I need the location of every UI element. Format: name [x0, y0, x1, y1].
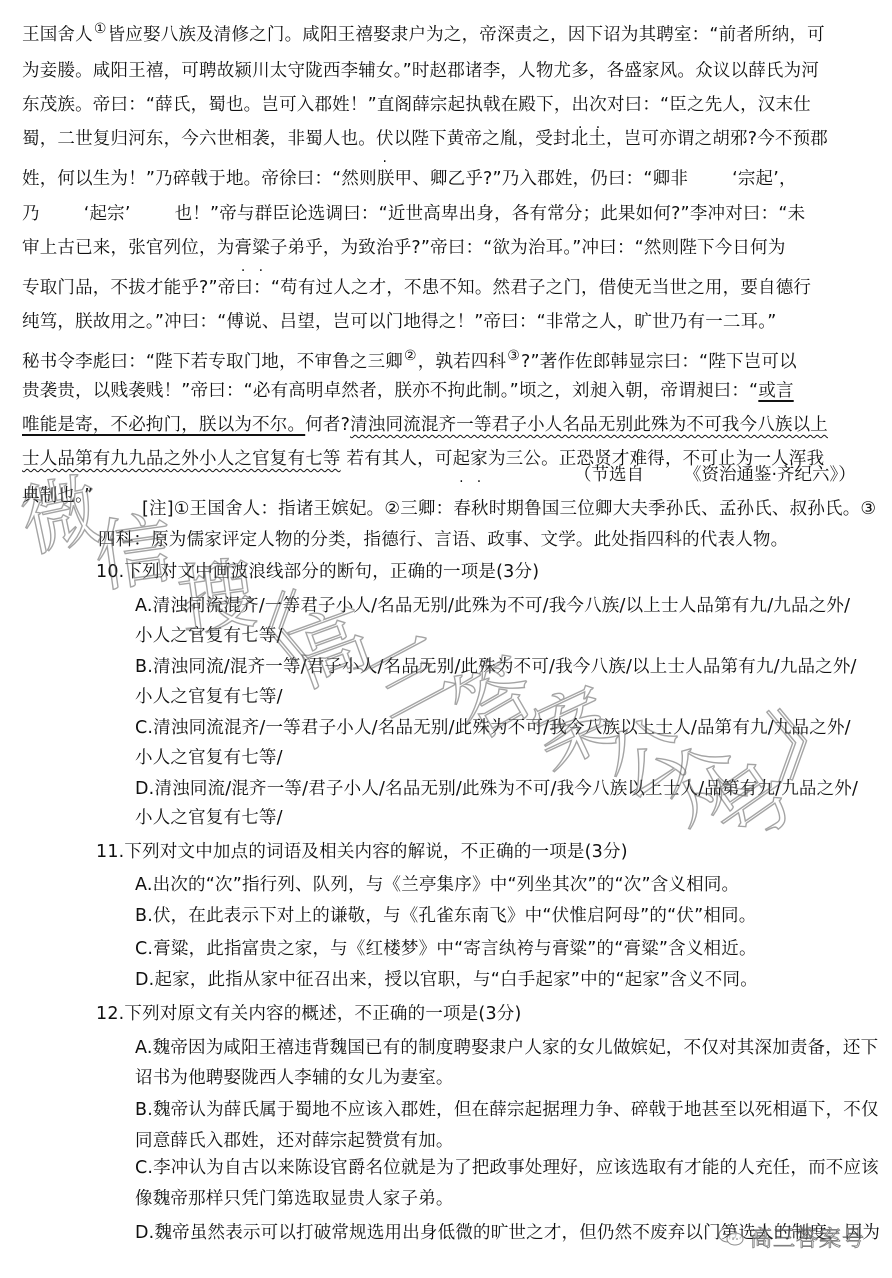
watermark-logo: 高三答案号 — [718, 1222, 865, 1252]
passage-line: 乃‘起宗’也！”帝与群臣论选调曰：“近世高卑出身，各有常分；此果如何?”李冲对曰… — [22, 202, 805, 226]
q11-option-c[interactable]: C.膏粱，此指富贵之家，与《红楼梦》中“寄言纨袴与膏粱”的“膏粱”含义相近。 — [135, 937, 757, 961]
q11-option-d[interactable]: D.起家，此指从家中征召出来，授以官职，与“白手起家”中的“起家”含义不同。 — [135, 968, 758, 992]
q11-option-b[interactable]: B.伏，在此表示下对上的谦敬，与《孔雀东南飞》中“伏惟启阿母”的“伏”相同。 — [135, 904, 756, 928]
source-prefix: （节选自 — [574, 465, 644, 485]
passage-text: 为妾媵。咸阳王禧，可聘故颍川太守陇西李辅女。”时赵郡诸李，人物尤多，各盛家风。众… — [22, 61, 819, 81]
watermark-char: 信 — [90, 510, 178, 598]
q12-option-b-line-1[interactable]: B.魏帝认为薛氏属于蜀地不应该入郡姓，但在薛宗起据理力争、碎戟于地甚至以死相逼下… — [135, 1098, 879, 1122]
underlined-text: 或言 — [758, 381, 793, 401]
dotted-char: 伏 — [376, 129, 394, 149]
question-12-title: 12.下列对原文有关内容的概述，不正确的一项是(3分) — [96, 1002, 522, 1026]
dotted-char: 膏 — [234, 238, 252, 258]
passage-text: 贵袭贵，以贱袭贱！”帝曰：“必有高明卓然者，朕亦不拘此制。”顷之，刘昶入朝，帝谓… — [22, 381, 758, 401]
dotted-char: 粱 — [252, 238, 270, 258]
annotation-note-line-1: [注]①王国舍人：指诸王嫔妃。②三卿：春秋时期鲁国三位卿大夫季孙氏、孟孙氏、叔孙… — [142, 497, 876, 521]
q10-option-d-line-2: 小人之官复有七等/ — [135, 806, 283, 830]
passage-text: 典制也。” — [22, 486, 93, 506]
passage-text: 皆应娶八族及清修之门。咸阳王禧娶隶户为之，帝深责之，因下诏为其聘室：“前者所纳，… — [108, 25, 825, 45]
passage-line: 王国舍人①皆应娶八族及清修之门。咸阳王禧娶隶户为之，帝深责之，因下诏为其聘室：“… — [22, 17, 825, 47]
underlined-text: 唯能是寄，不必拘门，朕以为不尔。 — [22, 415, 305, 435]
wechat-icon — [718, 1226, 744, 1248]
q12-option-c-line-2: 像魏帝那样只凭门第选取显贵人家子弟。 — [135, 1187, 454, 1211]
passage-text: 乃 — [22, 204, 40, 224]
q12-option-a-line-2: 诏书为他聘娶陇西人李辅的女儿为妻室。 — [135, 1066, 454, 1090]
dotted-char: 次 — [589, 95, 607, 115]
footnote-marker: ① — [94, 21, 107, 37]
wavy-underlined-text: 清浊同流混齐一等君子小人名品无别此殊为不可我今八族以上 — [350, 415, 828, 435]
passage-text: 对曰：“臣之先人，汉末仕 — [607, 95, 811, 115]
q11-option-a[interactable]: A.出次的“次”指行列、队列，与《兰亭集序》中“列坐其次”的“次”含义相同。 — [135, 873, 739, 897]
question-11-title: 11.下列对文中加点的词语及相关内容的解说，不正确的一项是(3分) — [96, 840, 628, 864]
passage-text: 审上古已来，张官列位，为 — [22, 238, 234, 258]
passage-line: 姓，何以生为！”乃碎戟于地。帝徐曰：“然则朕甲、卿乙乎?”乃入郡姓，仍曰：“卿非… — [22, 167, 797, 191]
emphasis-dotted-word: 伏 — [376, 129, 394, 149]
q10-option-c-line-1[interactable]: C.清浊同流混齐/一等君子小人/名品无别/此殊为不可/我今八族以上士人/品第有九… — [135, 716, 851, 740]
question-10-title: 10.下列对文中画波浪线部分的断句，正确的一项是(3分) — [96, 560, 539, 584]
q10-option-b-line-1[interactable]: B.清浊同流/混齐一等/君子小人/名品无别/此殊为不可/我今八族/以上士人品第有… — [135, 655, 857, 679]
q12-option-b-line-2: 同意薛氏入郡姓，还对薛宗起赞赏有加。 — [135, 1129, 454, 1153]
q10-option-c-line-2: 小人之官复有七等/ — [135, 746, 283, 770]
passage-line: 专取门品，不拔才能乎?”帝曰：“苟有过人之才，不患不知。然君子之门，借使无当世之… — [22, 276, 811, 300]
passage-text: 纯笃，朕故用之。”冲曰：“傅说、吕望，岂可以门地得之！”帝曰：“非常之人，旷世乃… — [22, 312, 777, 332]
passage-text: 王国舍人 — [22, 25, 93, 45]
source-title: 《资治通鉴·齐纪六》） — [684, 465, 856, 485]
emphasis-dotted-word: 出次 — [572, 95, 607, 115]
q10-option-a-line-2: 小人之官复有七等/ — [135, 624, 283, 648]
watermark-char: 》 — [764, 699, 854, 789]
q10-option-d-line-1[interactable]: D.清浊同流/混齐一等/君子小人/名品无别/此殊为不可/我今八族以上士人/品第有… — [135, 777, 858, 801]
passage-line: 东茂族。帝曰：“薛氏，蜀也。岂可入郡姓！”直阁薛宗起执戟在殿下，出次对曰：“臣之… — [22, 93, 811, 117]
passage-text: 以陛下黄帝之胤，受封北土，岂可亦谓之胡邪?今不预郡 — [394, 129, 828, 149]
source-citation: （节选自《资治通鉴·齐纪六》） — [574, 463, 856, 487]
passage-text: 何者? — [305, 415, 350, 435]
footnote-marker: ② — [404, 348, 417, 364]
passage-text: 专取门品，不拔才能乎?”帝曰：“苟有过人之才，不患不知。然君子之门，借使无当世之… — [22, 278, 811, 298]
q12-option-a-line-1[interactable]: A.魏帝因为咸阳王禧违背魏国已有的制度聘娶隶户人家的女儿做嫔妃，不仅对其深加责备… — [135, 1036, 878, 1060]
passage-text: ‘起宗’ — [84, 204, 131, 224]
watermark-char: 号 — [700, 753, 809, 862]
annotation-note-line-2: 四科：原为儒家评定人物的分类，指德行、言语、政事、文学。此处指四科的代表人物。 — [98, 528, 788, 552]
passage-line: 唯能是寄，不必拘门，朕以为不尔。何者?清浊同流混齐一等君子小人名品无别此殊为不可… — [22, 413, 828, 437]
dotted-char: 起 — [453, 449, 471, 469]
footnote-marker: ③ — [507, 348, 520, 364]
passage-line: 为妾媵。咸阳王禧，可聘故颍川太守陇西李辅女。”时赵郡诸李，人物尤多，各盛家风。众… — [22, 59, 819, 83]
passage-text: 秘书令李彪曰：“陛下若专取门地，不审鲁之三卿 — [22, 352, 403, 372]
q10-option-b-line-2: 小人之官复有七等/ — [135, 685, 283, 709]
passage-line: 审上古已来，张官列位，为膏粱子弟乎，为致治乎?”帝曰：“欲为治耳。”冲曰：“然则… — [22, 236, 786, 260]
dotted-char: 家 — [470, 449, 488, 469]
passage-text: 也！”帝与群臣论选调曰：“近世高卑出身，各有常分；此果如何?”李冲对曰：“未 — [175, 204, 806, 224]
exam-page: 王国舍人①皆应娶八族及清修之门。咸阳王禧娶隶户为之，帝深责之，因下诏为其聘室：“… — [0, 0, 892, 1278]
q10-option-a-line-1[interactable]: A.清浊同流混齐/一等君子小人/名品无别/此殊为不可/我今八族/以上士人品第有九… — [135, 594, 850, 618]
emphasis-dotted-word: 膏粱 — [234, 238, 269, 258]
passage-text: 蜀，二世复归河东，今六世相袭，非蜀人也。 — [22, 129, 376, 149]
passage-line: 蜀，二世复归河东，今六世相袭，非蜀人也。伏以陛下黄帝之胤，受封北土，岂可亦谓之胡… — [22, 127, 828, 151]
passage-line: 贵袭贵，以贱袭贱！”帝曰：“必有高明卓然者，朕亦不拘此制。”顷之，刘昶入朝，帝谓… — [22, 379, 794, 403]
passage-text: 东茂族。帝曰：“薛氏，蜀也。岂可入郡姓！”直阁薛宗起执戟在殿下， — [22, 95, 572, 115]
passage-line: 秘书令李彪曰：“陛下若专取门地，不审鲁之三卿②，孰若四科③?”著作佐郎韩显宗曰：… — [22, 344, 797, 374]
emphasis-dotted-word: 起家 — [453, 449, 488, 469]
passage-line: 纯笃，朕故用之。”冲曰：“傅说、吕望，岂可以门地得之！”帝曰：“非常之人，旷世乃… — [22, 310, 777, 334]
q12-option-c-line-1[interactable]: C.李冲认为自古以来陈设官爵名位就是为了把政事处理好，应该选取有才能的人充任，而… — [135, 1156, 879, 1180]
passage-text: 子弟乎，为致治乎?”帝曰：“欲为治耳。”冲曰：“然则陛下今日何为 — [270, 238, 786, 258]
passage-text: 若有其人，可 — [341, 449, 453, 469]
passage-text: ?”著作佐郎韩显宗曰：“陛下岂可以 — [521, 352, 797, 372]
passage-text: ，孰若四科 — [418, 352, 507, 372]
dotted-char: 出 — [572, 95, 590, 115]
passage-line: 典制也。” — [22, 484, 93, 508]
watermark-logo-text: 高三答案号 — [750, 1222, 865, 1253]
passage-text: ‘宗起’， — [732, 169, 797, 189]
passage-text: 姓，何以生为！”乃碎戟于地。帝徐曰：“然则朕甲、卿乙乎?”乃入郡姓，仍曰：“卿非 — [22, 169, 688, 189]
wavy-underlined-text: 士人品第有九九品之外小人之官复有七等 — [22, 449, 341, 469]
